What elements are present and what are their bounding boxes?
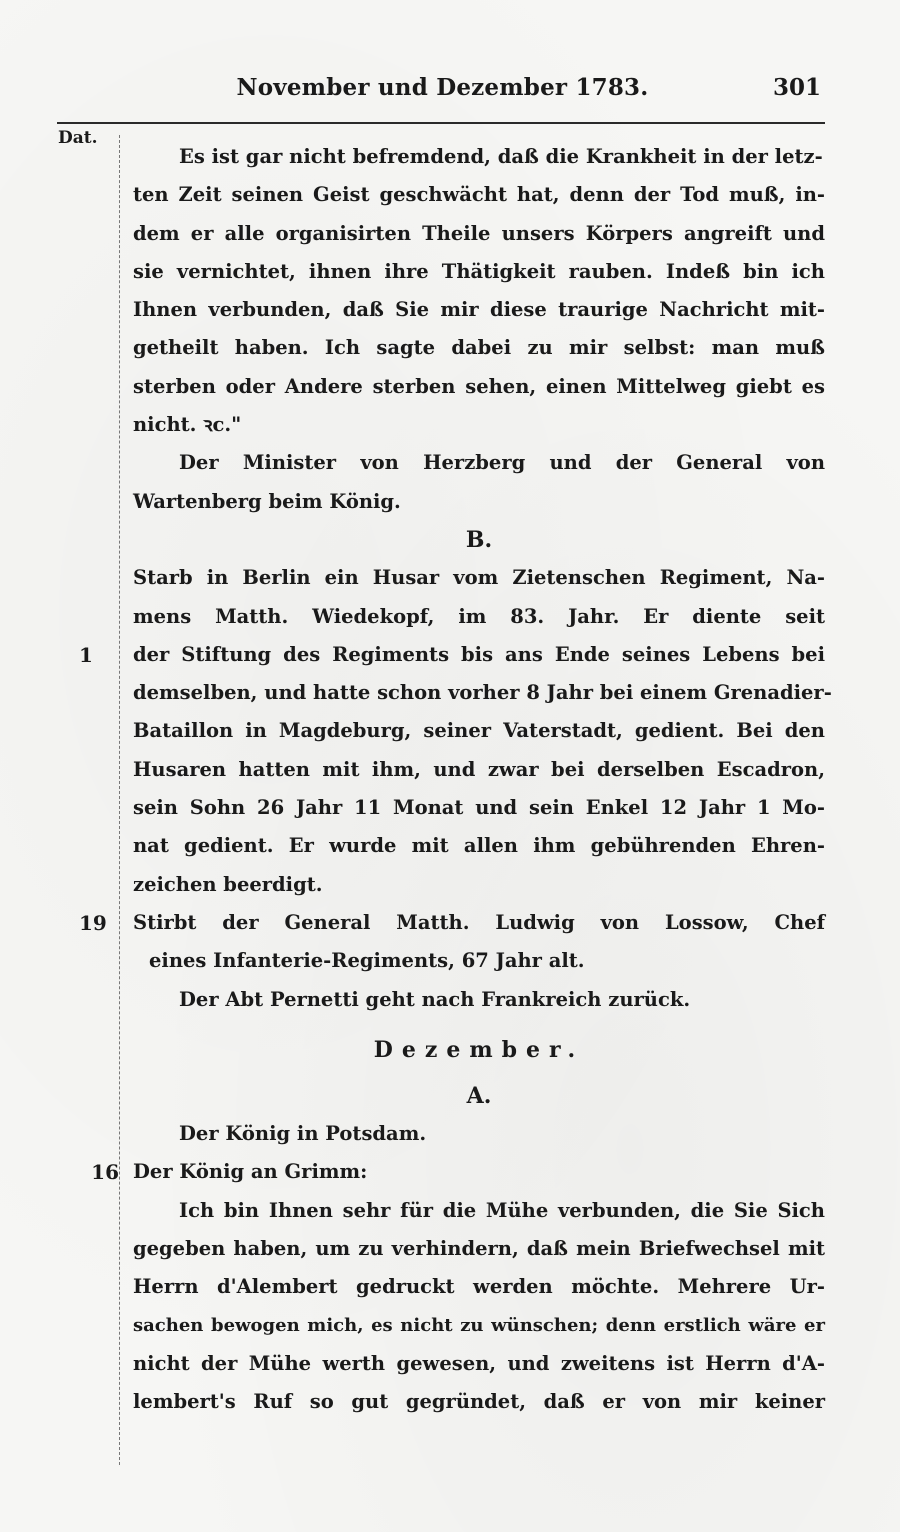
text-line: Bataillon in Magdeburg, seiner Vaterstad… <box>133 712 825 750</box>
text-line: Starb in Berlin ein Husar vom Zietensche… <box>133 559 825 597</box>
text-line: Der Minister von Herzberg und der Genera… <box>133 444 825 482</box>
text-line: ten Zeit seinen Geist geschwächt hat, de… <box>133 176 825 214</box>
margin-date: 16 <box>79 1153 119 1191</box>
text-line: sachen bewogen mich, es nicht zu wünsche… <box>133 1307 825 1345</box>
text-line: sterben oder Andere sterben sehen, einen… <box>133 368 825 406</box>
text-line: Husaren hatten mit ihm, und zwar bei der… <box>133 751 825 789</box>
running-title: November und Dezember 1783. <box>60 74 825 101</box>
dated-entry-line: 16 Der König an Grimm: <box>133 1153 825 1191</box>
margin-date: 1 <box>79 636 119 674</box>
text-line: Ich bin Ihnen sehr für die Mühe verbunde… <box>133 1192 825 1230</box>
text-line: zeichen beerdigt. <box>133 866 825 904</box>
text-line: Der König an Grimm: <box>133 1160 367 1183</box>
text-line: Es ist gar nicht befremdend, daß die Kra… <box>133 138 825 176</box>
page-body: Es ist gar nicht befremdend, daß die Kra… <box>133 138 825 1422</box>
text-line: Herrn d'Alembert gedruckt werden möchte.… <box>133 1268 825 1306</box>
month-heading: Dezember. <box>133 1019 825 1077</box>
text-line: nicht der Mühe werth gewesen, und zweite… <box>133 1345 825 1383</box>
page-header: November und Dezember 1783. 301 <box>60 74 825 106</box>
text-line: Wartenberg beim König. <box>133 483 825 521</box>
dated-entry-line: 19 Stirbt der General Matth. Ludwig von … <box>133 904 825 942</box>
text-line: lembert's Ruf so gut gegründet, daß er v… <box>133 1383 825 1421</box>
dated-entry-line: 1 der Stiftung des Regiments bis ans End… <box>133 636 825 674</box>
date-column-label: Dat. <box>58 128 98 148</box>
text-line: eines Infanterie-Regiments, 67 Jahr alt. <box>133 942 825 980</box>
date-column-divider <box>119 135 120 1465</box>
text-line: gegeben haben, um zu verhindern, daß mei… <box>133 1230 825 1268</box>
text-line: nat gedient. Er wurde mit allen ihm gebü… <box>133 827 825 865</box>
margin-date: 19 <box>79 904 119 942</box>
text-line: Ihnen verbunden, daß Sie mir diese traur… <box>133 291 825 329</box>
text-line: getheilt haben. Ich sagte dabei zu mir s… <box>133 329 825 367</box>
page-number: 301 <box>773 74 821 101</box>
text-line: Der König in Potsdam. <box>133 1115 825 1153</box>
text-line: demselben, und hatte schon vorher 8 Jahr… <box>133 674 825 712</box>
text-line: Der Abt Pernetti geht nach Frankreich zu… <box>133 981 825 1019</box>
text-line: Stirbt der General Matth. Ludwig von Los… <box>133 911 825 934</box>
section-heading-b: B. <box>133 521 825 559</box>
text-line: mens Matth. Wiedekopf, im 83. Jahr. Er d… <box>133 598 825 636</box>
text-line: nicht. ꝛc." <box>133 406 825 444</box>
text-line: sein Sohn 26 Jahr 11 Monat und sein Enke… <box>133 789 825 827</box>
header-rule <box>57 122 825 124</box>
text-line: dem er alle organisirten Theile unsers K… <box>133 215 825 253</box>
text-line: sie vernichtet, ihnen ihre Thätigkeit ra… <box>133 253 825 291</box>
book-page: November und Dezember 1783. 301 Dat. Es … <box>0 0 900 1532</box>
text-line: der Stiftung des Regiments bis ans Ende … <box>133 643 825 666</box>
section-heading-a: A. <box>133 1077 825 1115</box>
